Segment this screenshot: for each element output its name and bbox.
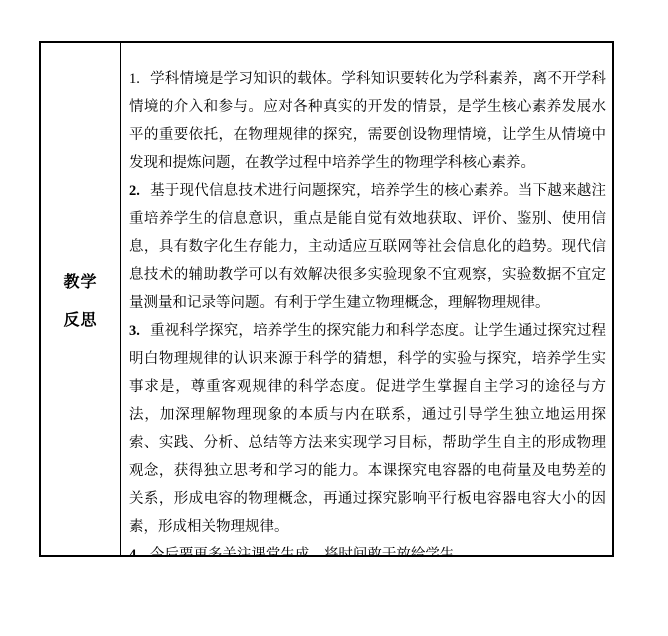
item-2-text: 基于现代信息技术进行问题探究，培养学生的核心素养。当下越来越注重培养学生的信息意… (129, 183, 606, 311)
item-1-text: 学科情境是学习知识的载体。学科知识要转化为学科素养，离不开学科情境的介入和参与。… (129, 71, 606, 171)
reflection-item-4: 4.今后要更多关注课堂生成，将时间敢于放给学生。 (129, 541, 606, 555)
document-page: 教学 反思 1.学科情境是学习知识的载体。学科知识要转化为学科素养，离不开学科情… (0, 0, 668, 636)
row-header-line-2: 反思 (63, 307, 97, 330)
reflection-item-3: 3.重视科学探究，培养学生的探究能力和科学态度。让学生通过探究过程明白物理规律的… (129, 317, 606, 541)
row-header-cell: 教学 反思 (41, 43, 121, 555)
teaching-reflection-table: 教学 反思 1.学科情境是学习知识的载体。学科知识要转化为学科素养，离不开学科情… (39, 41, 614, 557)
item-3-text: 重视科学探究，培养学生的探究能力和科学态度。让学生通过探究过程明白物理规律的认识… (129, 323, 606, 535)
item-2-number: 2. (129, 183, 140, 199)
item-4-text: 今后要更多关注课堂生成，将时间敢于放给学生。 (150, 547, 469, 555)
reflection-content-cell: 1.学科情境是学习知识的载体。学科知识要转化为学科素养，离不开学科情境的介入和参… (121, 43, 612, 555)
item-4-number: 4. (129, 547, 140, 555)
item-3-number: 3. (129, 323, 140, 339)
item-1-number: 1. (129, 71, 140, 87)
reflection-item-1: 1.学科情境是学习知识的载体。学科知识要转化为学科素养，离不开学科情境的介入和参… (129, 65, 606, 177)
row-header-line-1: 教学 (63, 269, 97, 292)
reflection-item-2: 2.基于现代信息技术进行问题探究，培养学生的核心素养。当下越来越注重培养学生的信… (129, 177, 606, 317)
